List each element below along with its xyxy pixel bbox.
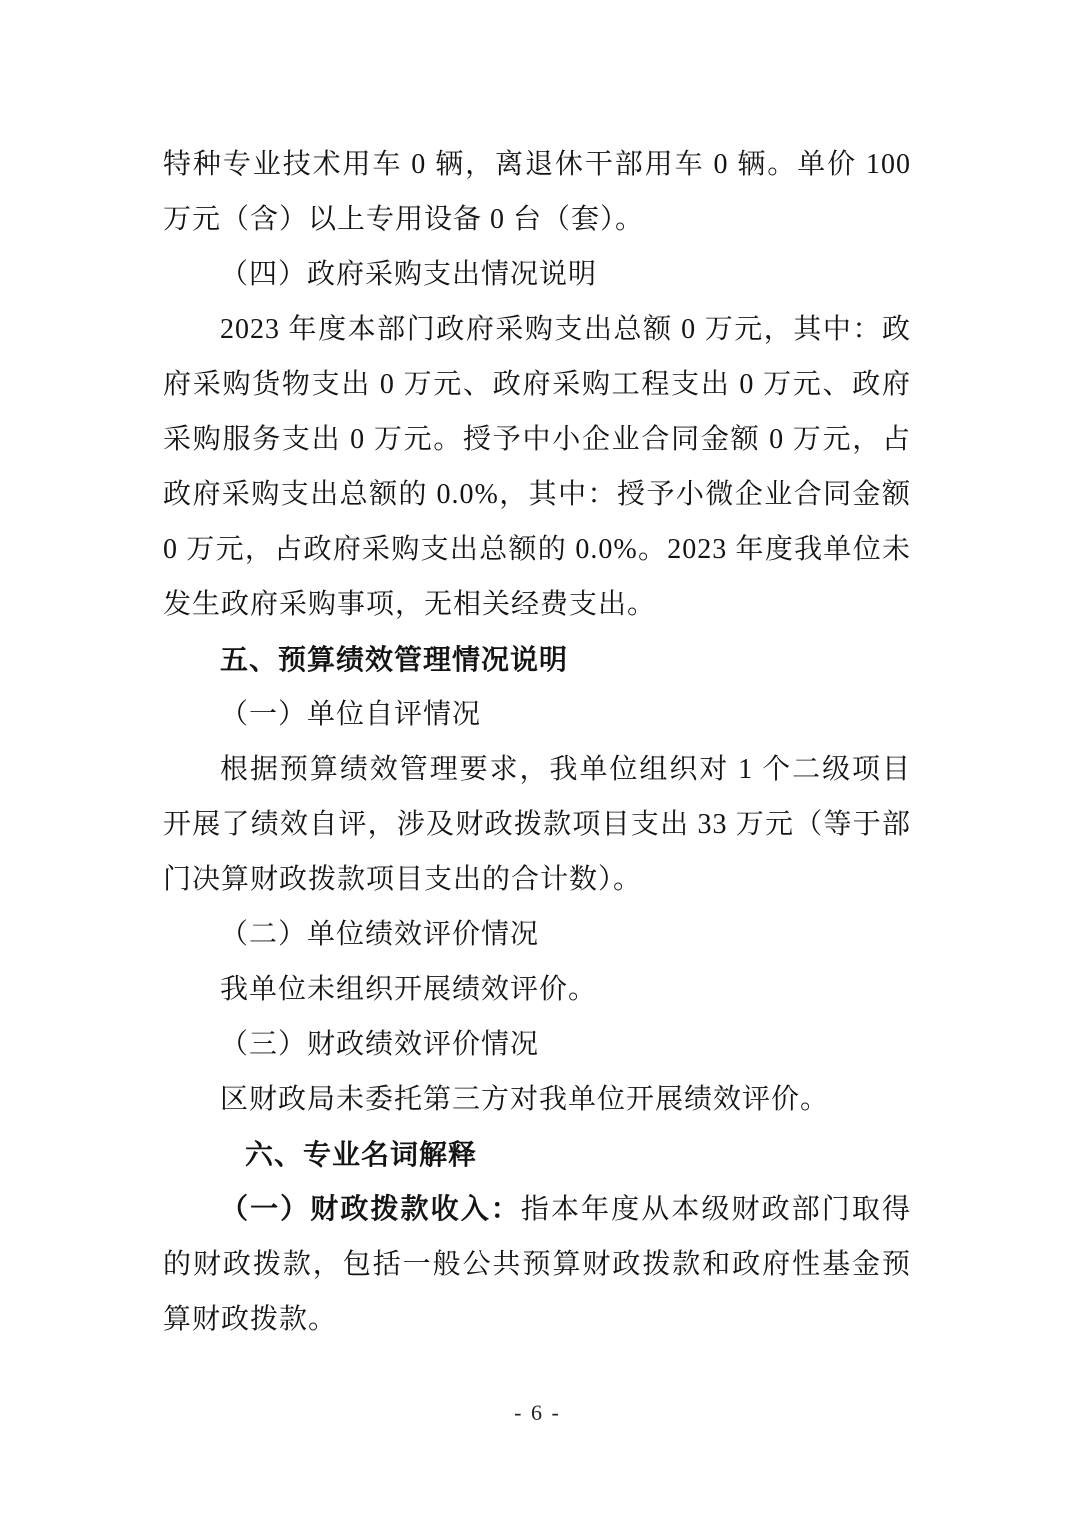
subsection-heading-self-evaluation: （一）单位自评情况 <box>163 687 911 742</box>
document-page: 特种专业技术用车 0 辆，离退休干部用车 0 辆。单价 100 万元（含）以上专… <box>0 0 1075 1520</box>
paragraph-self-evaluation-detail: 根据预算绩效管理要求，我单位组织对 1 个二级项目开展了绩效自评，涉及财政拨款项… <box>163 742 911 907</box>
section-heading-budget-performance: 五、预算绩效管理情况说明 <box>163 632 911 687</box>
paragraph-vehicles-equipment: 特种专业技术用车 0 辆，离退休干部用车 0 辆。单价 100 万元（含）以上专… <box>163 137 911 247</box>
page-number: - 6 - <box>0 1398 1075 1428</box>
term-label: （一）财政拨款收入： <box>220 1194 521 1225</box>
section-heading-glossary: 六、专业名词解释 <box>163 1127 911 1182</box>
subsection-heading-unit-evaluation: （二）单位绩效评价情况 <box>163 907 911 962</box>
paragraph-glossary-fiscal-appropriation: （一）财政拨款收入：指本年度从本级财政部门取得的财政拨款，包括一般公共预算财政拨… <box>163 1182 911 1347</box>
paragraph-unit-evaluation-detail: 我单位未组织开展绩效评价。 <box>163 962 911 1017</box>
paragraph-gov-procurement-detail: 2023 年度本部门政府采购支出总额 0 万元，其中：政府采购货物支出 0 万元… <box>163 302 911 632</box>
subsection-heading-finance-evaluation: （三）财政绩效评价情况 <box>163 1017 911 1072</box>
document-content: 特种专业技术用车 0 辆，离退休干部用车 0 辆。单价 100 万元（含）以上专… <box>163 137 911 1347</box>
paragraph-finance-evaluation-detail: 区财政局未委托第三方对我单位开展绩效评价。 <box>163 1072 911 1127</box>
subsection-heading-gov-procurement: （四）政府采购支出情况说明 <box>163 247 911 302</box>
